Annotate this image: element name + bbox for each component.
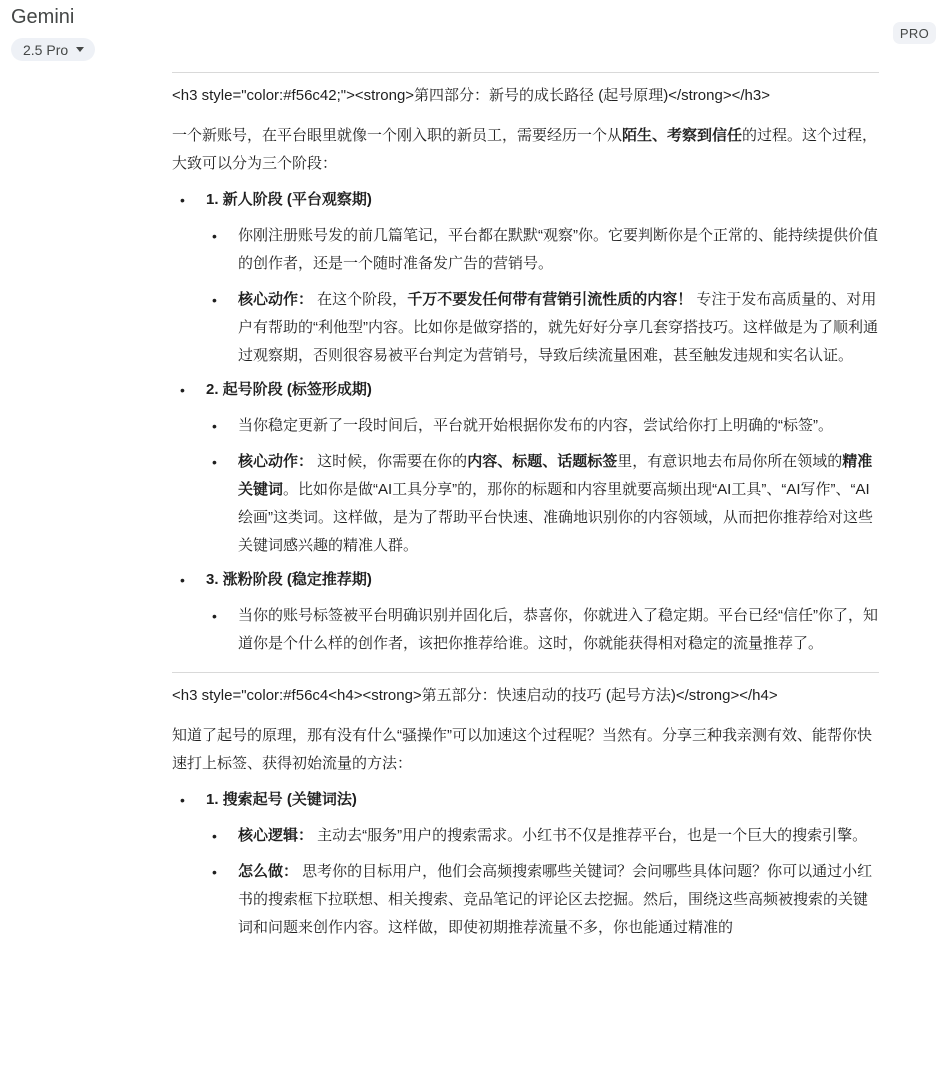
text: 。比如你是做“AI工具分享”的，那你的标题和内容里就要高频出现“AI工具”、“A…	[238, 481, 873, 554]
list-item: 怎么做： 思考你的目标用户，他们会高频搜索哪些关键词？会问哪些具体问题？你可以通…	[206, 858, 879, 942]
stage-title: 3. 涨粉阶段 (稳定推荐期)	[206, 571, 372, 588]
method-list: 1. 搜索起号 (关键词法) 核心逻辑： 主动去“服务”用户的搜索需求。小红书不…	[172, 786, 879, 942]
text: 你刚注册账号发的前几篇笔记，平台都在默默“观察”你。它要判断你是个正常的、能持续…	[238, 227, 878, 272]
app-title: Gemini	[11, 6, 74, 29]
text: 在这个阶段，	[313, 291, 407, 308]
stage-item: 3. 涨粉阶段 (稳定推荐期) 当你的账号标签被平台明确识别并固化后，恭喜你，你…	[172, 566, 879, 658]
divider	[172, 672, 879, 673]
caret-down-icon	[76, 47, 84, 52]
text: 当你的账号标签被平台明确识别并固化后，恭喜你，你就进入了稳定期。平台已经“信任”…	[238, 607, 878, 652]
method-item: 1. 搜索起号 (关键词法) 核心逻辑： 主动去“服务”用户的搜索需求。小红书不…	[172, 786, 879, 942]
text: 思考你的目标用户，他们会高频搜索哪些关键词？会问哪些具体问题？你可以通过小红书的…	[238, 863, 872, 936]
list-item: 当你稳定更新了一段时间后，平台就开始根据你发布的内容，尝试给你打上明确的“标签”…	[206, 412, 879, 440]
section4-raw-heading: <h3 style="color:#f56c42;"><strong>第四部分：…	[172, 85, 879, 107]
response-content: <h3 style="color:#f56c42;"><strong>第四部分：…	[172, 72, 879, 944]
section5-intro: 知道了起号的原理，那有没有什么“骚操作”可以加速这个过程呢？当然有。分享三种我亲…	[172, 722, 879, 778]
section4-intro: 一个新账号，在平台眼里就像一个刚入职的新员工，需要经历一个从陌生、考察到信任的过…	[172, 122, 879, 178]
stage-title: 2. 起号阶段 (标签形成期)	[206, 381, 372, 398]
text: 主动去“服务”用户的搜索需求。小红书不仅是推荐平台，也是一个巨大的搜索引擎。	[313, 827, 867, 844]
text: 一个新账号，在平台眼里就像一个刚入职的新员工，需要经历一个从	[172, 127, 622, 144]
bold-label: 怎么做：	[238, 863, 298, 880]
list-item: 当你的账号标签被平台明确识别并固化后，恭喜你，你就进入了稳定期。平台已经“信任”…	[206, 602, 879, 658]
section5-raw-heading: <h3 style="color:#f56c4<h4><strong>第五部分：…	[172, 685, 879, 707]
stage-item: 2. 起号阶段 (标签形成期) 当你稳定更新了一段时间后，平台就开始根据你发布的…	[172, 376, 879, 560]
pro-badge: PRO	[893, 22, 936, 44]
method-title: 1. 搜索起号 (关键词法)	[206, 791, 357, 808]
list-item: 核心动作： 在这个阶段，千万不要发任何带有营销引流性质的内容！ 专注于发布高质量…	[206, 286, 879, 370]
bold-label: 核心逻辑：	[238, 827, 313, 844]
bold-label: 核心动作：	[238, 453, 313, 470]
list-item: 核心动作： 这时候，你需要在你的内容、标题、话题标签里，有意识地去布局你所在领域…	[206, 448, 879, 560]
text: 当你稳定更新了一段时间后，平台就开始根据你发布的内容，尝试给你打上明确的“标签”…	[238, 417, 833, 434]
bold-label: 核心动作：	[238, 291, 313, 308]
list-item: 核心逻辑： 主动去“服务”用户的搜索需求。小红书不仅是推荐平台，也是一个巨大的搜…	[206, 822, 879, 850]
text: 里，有意识地去布局你所在领域的	[617, 453, 842, 470]
model-selector[interactable]: 2.5 Pro	[11, 38, 95, 61]
divider	[172, 72, 879, 73]
bold-text: 陌生、考察到信任	[622, 127, 742, 144]
bold-text: 内容、标题、话题标签	[467, 453, 617, 470]
stage-list: 1. 新人阶段 (平台观察期) 你刚注册账号发的前几篇笔记，平台都在默默“观察”…	[172, 186, 879, 658]
text: 这时候，你需要在你的	[313, 453, 467, 470]
list-item: 你刚注册账号发的前几篇笔记，平台都在默默“观察”你。它要判断你是个正常的、能持续…	[206, 222, 879, 278]
model-label: 2.5 Pro	[23, 42, 68, 58]
stage-title: 1. 新人阶段 (平台观察期)	[206, 191, 372, 208]
bold-text: 千万不要发任何带有营销引流性质的内容！	[407, 291, 692, 308]
stage-item: 1. 新人阶段 (平台观察期) 你刚注册账号发的前几篇笔记，平台都在默默“观察”…	[172, 186, 879, 370]
